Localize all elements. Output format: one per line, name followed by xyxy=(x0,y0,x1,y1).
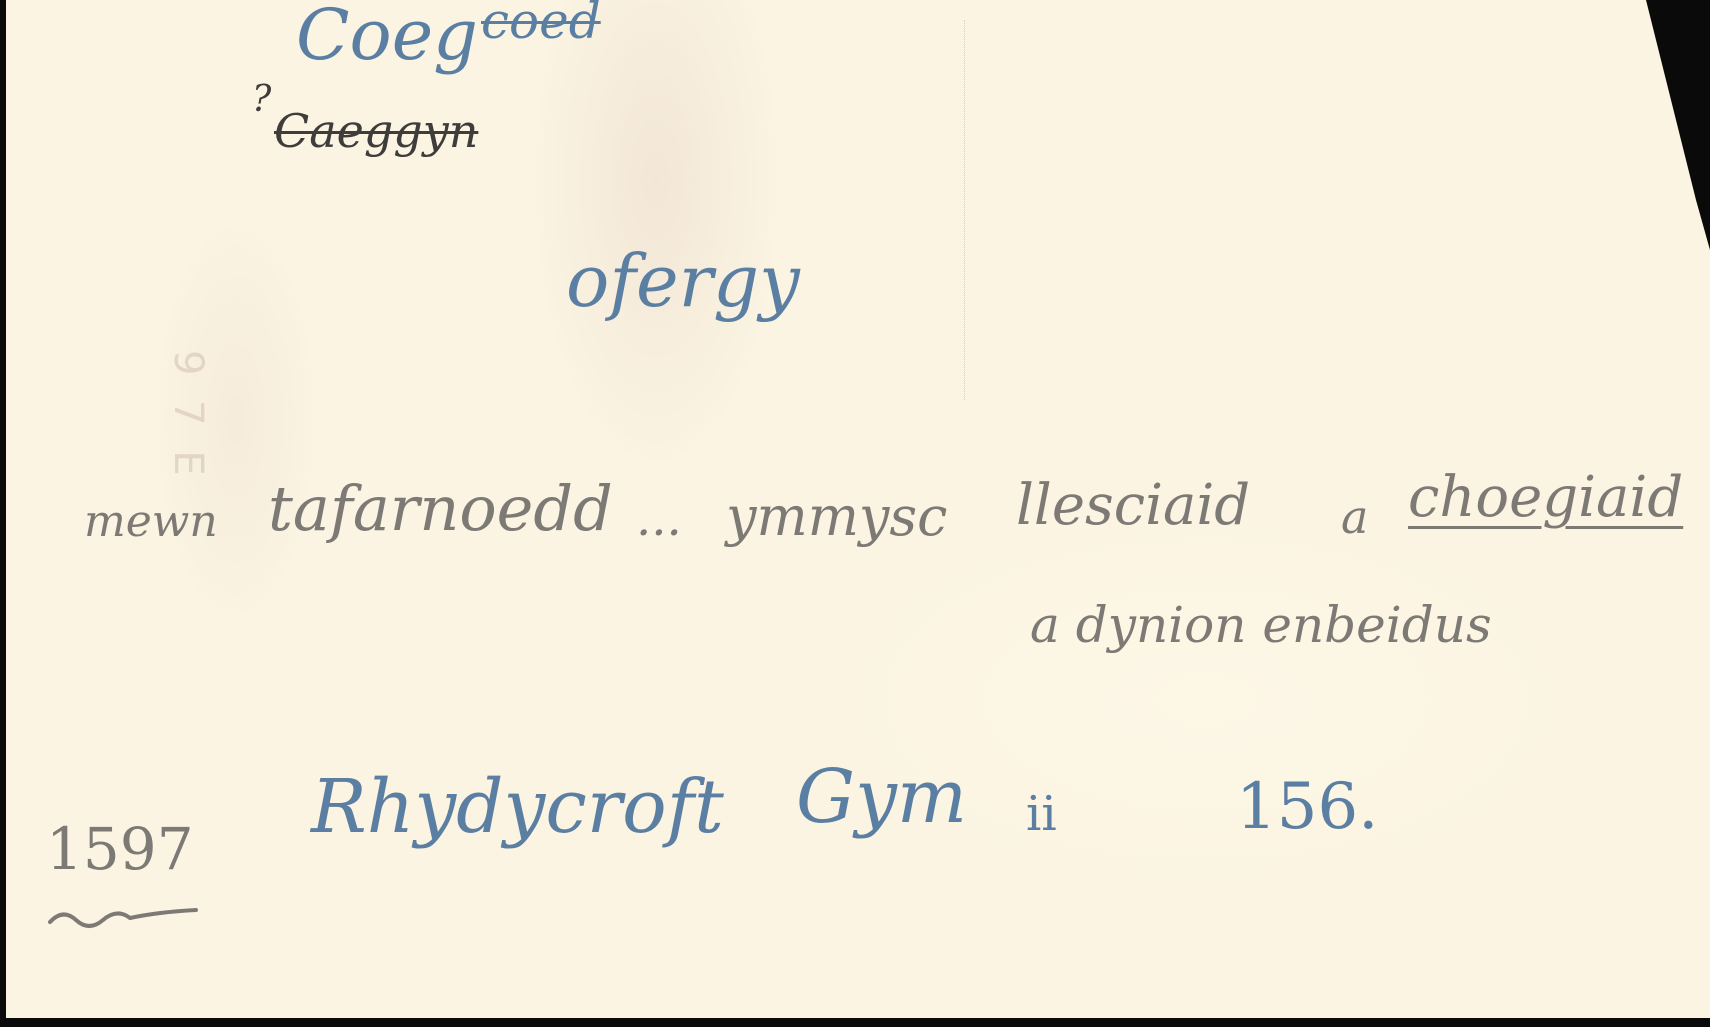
headword: Coeg xyxy=(296,0,478,70)
keyword-underlined: choegiaid xyxy=(1408,470,1683,526)
quote-word: ymmysc xyxy=(726,490,947,544)
quote-ellipsis: ... xyxy=(636,495,682,543)
year-underline-squiggle xyxy=(48,900,198,930)
headword-struck-suffix: coed xyxy=(481,0,601,46)
fold-line xyxy=(964,20,965,400)
quote-line-2: a dynion enbeidus xyxy=(1030,600,1492,650)
page-number: 156. xyxy=(1236,775,1379,839)
variant-form: ofergy xyxy=(566,245,800,317)
quote-word: mewn xyxy=(84,500,218,544)
quote-word: a xyxy=(1341,494,1368,540)
year: 1597 xyxy=(46,820,194,878)
slip-card: 9 7 E Coeg coed ? Caeggyn ofergy mewn ta… xyxy=(6,0,1710,1018)
stamp-showthrough: 9 7 E xyxy=(165,350,211,482)
volume: ii xyxy=(1026,790,1057,838)
source-abbrev: Gym xyxy=(796,760,967,834)
quote-word: tafarnoedd xyxy=(268,478,613,540)
source-author: Rhydycroft xyxy=(311,770,724,844)
struck-variant: Caeggyn xyxy=(274,108,478,154)
quote-word: llesciaid xyxy=(1016,478,1250,534)
query-mark: ? xyxy=(252,82,271,118)
